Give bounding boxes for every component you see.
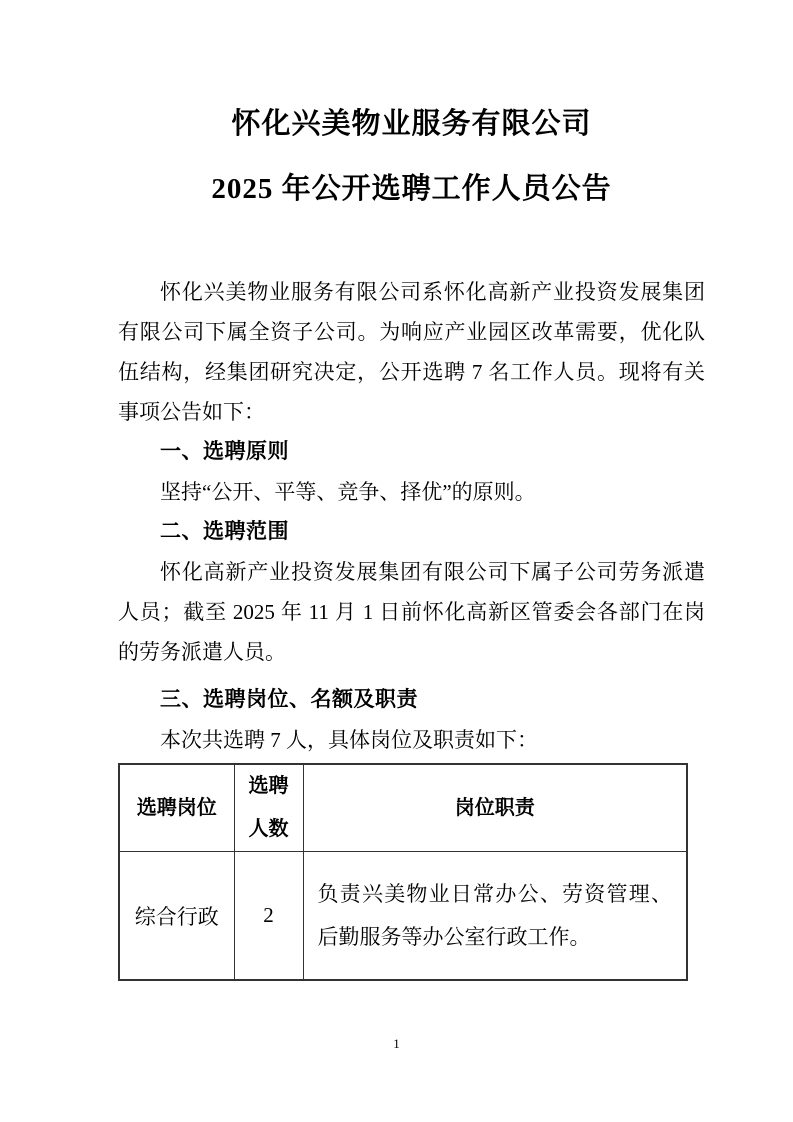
column-header-duties: 岗位职责 [303,764,687,852]
section-1-body: 坚持“公开、平等、竞争、择优”的原则。 [118,472,705,512]
table-row: 综合行政 2 负责兴美物业日常办公、劳资管理、后勤服务等办公室行政工作。 [119,852,687,981]
cell-duties: 负责兴美物业日常办公、劳资管理、后勤服务等办公室行政工作。 [303,852,687,981]
section-1-heading: 一、选聘原则 [118,432,705,472]
section-2-body: 怀化高新产业投资发展集团有限公司下属子公司劳务派遣人员；截至 2025 年 11… [118,552,705,672]
table-header-row: 选聘岗位 选聘人数 岗位职责 [119,764,687,852]
doc-title-line-1: 怀化兴美物业服务有限公司 [118,106,705,142]
cell-position: 综合行政 [119,852,234,981]
page-number: 1 [0,1036,793,1052]
column-header-position: 选聘岗位 [119,764,234,852]
section-3-body: 本次共选聘 7 人，具体岗位及职责如下： [118,720,705,760]
column-header-count: 选聘人数 [234,764,303,852]
positions-table: 选聘岗位 选聘人数 岗位职责 综合行政 2 负责兴美物业日常办公、劳资管理、后勤… [118,763,688,981]
intro-paragraph: 怀化兴美物业服务有限公司系怀化高新产业投资发展集团有限公司下属全资子公司。为响应… [118,272,705,432]
section-2-heading: 二、选聘范围 [118,512,705,552]
doc-title-line-2: 2025 年公开选聘工作人员公告 [118,171,705,207]
cell-count: 2 [234,852,303,981]
section-3-heading: 三、选聘岗位、名额及职责 [118,680,705,720]
document-page: 怀化兴美物业服务有限公司 2025 年公开选聘工作人员公告 怀化兴美物业服务有限… [0,0,793,1122]
